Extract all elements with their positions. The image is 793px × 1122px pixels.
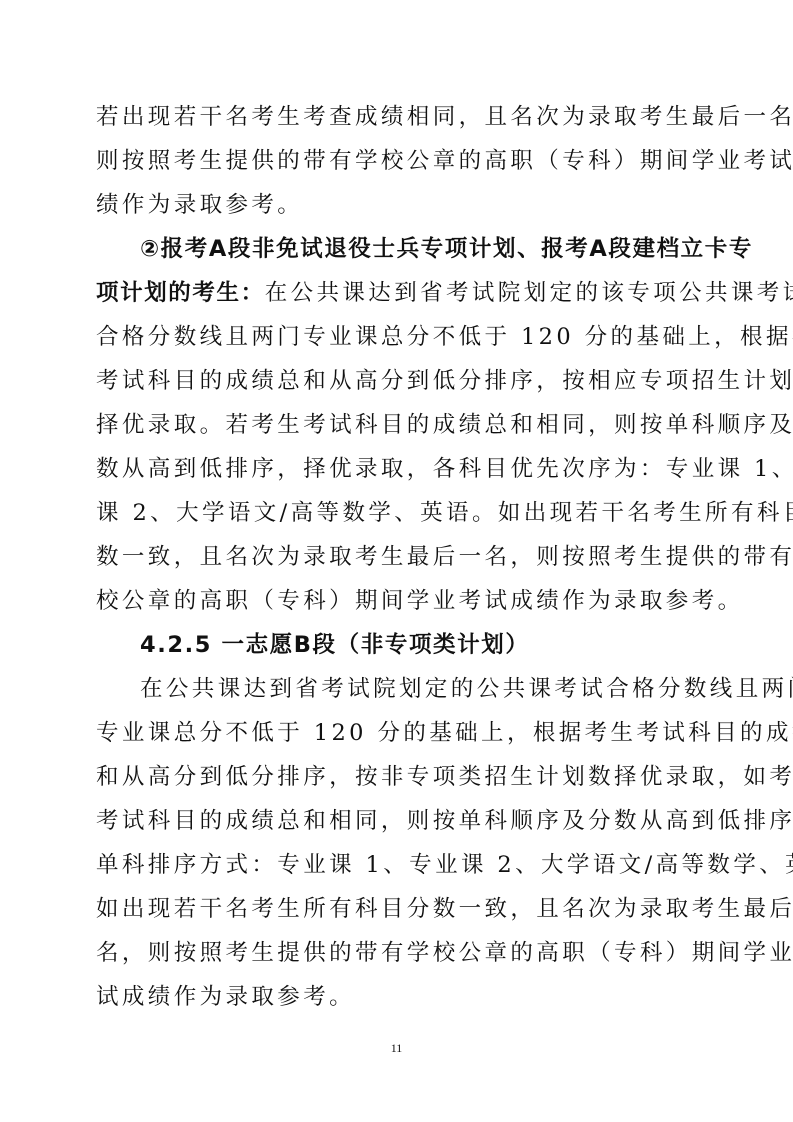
text-line: 课 2、大学语文/高等数学、英语。如出现若干名考生所有科目分 [96, 500, 793, 526]
subsection-heading: ②报考A段非免试退役士兵专项计划、报考A段建档立卡专 [140, 236, 753, 262]
text-line: 数从高到低排序，择优录取，各科目优先次序为：专业课 1、专业 [96, 456, 793, 482]
text-line: 名，则按照考生提供的带有学校公章的高职（专科）期间学业考 [96, 940, 793, 966]
text-line: 择优录取。若考生考试科目的成绩总和相同，则按单科顺序及分 [96, 412, 793, 438]
text-span: 在公共课达到省考试院划定的该专项公共课考试 [265, 280, 793, 306]
text-line: 若出现若干名考生考查成绩相同，且名次为录取考生最后一名， [96, 104, 793, 130]
text-line: 校公章的高职（专科）期间学业考试成绩作为录取参考。 [96, 588, 744, 614]
text-line: 则按照考生提供的带有学校公章的高职（专科）期间学业考试成 [96, 148, 793, 174]
text-line: 绩作为录取参考。 [96, 192, 303, 218]
text-line: 专业课总分不低于 120 分的基础上，根据考生考试科目的成绩总 [96, 720, 793, 746]
text-line: 如出现若干名考生所有科目分数一致，且名次为录取考生最后一 [96, 896, 793, 922]
text-line: 项计划的考生：在公共课达到省考试院划定的该专项公共课考试 [96, 280, 793, 306]
section-heading: 4.2.5 一志愿B段（非专项类计划） [140, 632, 529, 658]
text-line: 合格分数线且两门专业课总分不低于 120 分的基础上，根据考生 [96, 324, 793, 350]
text-line: 试成绩作为录取参考。 [96, 984, 355, 1010]
subsection-heading-cont: 项计划的考生： [96, 280, 265, 306]
text-line: 考试科目的成绩总和从高分到低分排序，按相应专项招生计划数 [96, 368, 793, 394]
text-line: 在公共课达到省考试院划定的公共课考试合格分数线且两门 [140, 676, 793, 702]
text-line: 和从高分到低分排序，按非专项类招生计划数择优录取，如考生 [96, 764, 793, 790]
text-line: 数一致，且名次为录取考生最后一名，则按照考生提供的带有学 [96, 544, 793, 570]
text-line: 单科排序方式：专业课 1、专业课 2、大学语文/高等数学、英语。 [96, 852, 793, 878]
page-number: 11 [0, 1041, 793, 1056]
text-line: 考试科目的成绩总和相同，则按单科顺序及分数从高到低排序， [96, 808, 793, 834]
